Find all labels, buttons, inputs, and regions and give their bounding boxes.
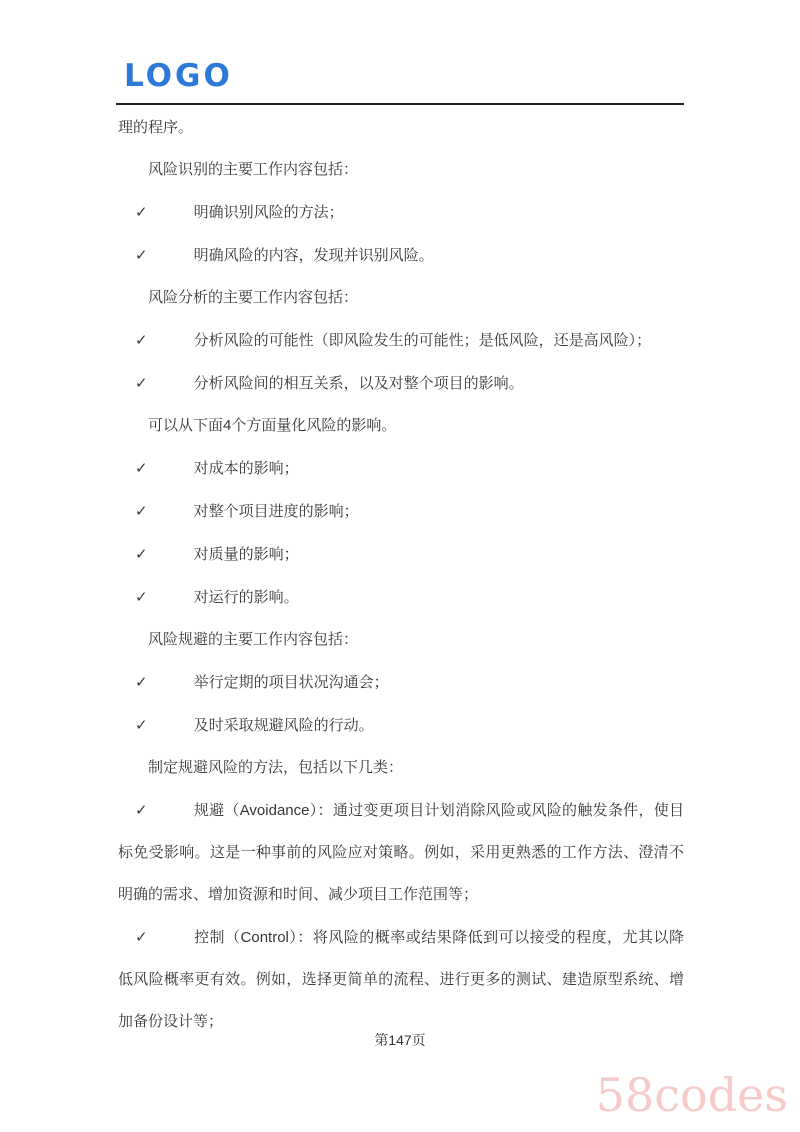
checkmark-icon: ✓	[118, 588, 194, 606]
bullet-item: ✓控制（Control）：将风险的概率或结果降低到可以接受的程度，尤其以降低风险…	[118, 916, 684, 1043]
document-page: LOGO 理的程序。风险识别的主要工作内容包括：✓明确识别风险的方法；✓明确风险…	[0, 0, 800, 1132]
bullet-item: ✓规避（Avoidance）：通过变更项目计划消除风险或风险的触发条件，使目标免…	[118, 789, 684, 916]
paragraph: 风险规避的主要工作内容包括：	[118, 619, 684, 661]
bullet-text: 分析风险的可能性（即风险发生的可能性；是低风险，还是高风险）；	[194, 332, 652, 349]
bullet-item: ✓明确识别风险的方法；	[118, 191, 684, 234]
checkmark-icon: ✓	[118, 246, 194, 264]
paragraph: 理的程序。	[118, 107, 684, 149]
checkmark-icon: ✓	[118, 331, 194, 349]
bullet-item: ✓明确风险的内容，发现并识别风险。	[118, 234, 684, 277]
bullet-text: 控制（Control）：将风险的概率或结果降低到可以接受的程度，尤其以降低风险概…	[118, 929, 684, 1030]
header-divider	[116, 103, 684, 105]
checkmark-icon: ✓	[118, 459, 194, 477]
bullet-text: 对运行的影响。	[194, 589, 299, 606]
paragraph: 风险识别的主要工作内容包括：	[118, 149, 684, 191]
logo-text: LOGO	[124, 58, 233, 94]
checkmark-icon: ✓	[118, 801, 194, 819]
paragraph: 制定规避风险的方法，包括以下几类：	[118, 747, 684, 789]
checkmark-icon: ✓	[118, 716, 194, 734]
bullet-item: ✓对成本的影响；	[118, 447, 684, 490]
checkmark-icon: ✓	[118, 203, 194, 221]
bullet-text: 及时采取规避风险的行动。	[194, 717, 374, 734]
bullet-item: ✓举行定期的项目状况沟通会；	[118, 661, 684, 704]
checkmark-icon: ✓	[118, 673, 194, 691]
checkmark-icon: ✓	[118, 928, 194, 946]
bullet-item: ✓对质量的影响；	[118, 533, 684, 576]
bullet-text: 明确识别风险的方法；	[194, 204, 344, 221]
watermark: 58codes	[596, 1070, 788, 1120]
page-number: 第147页	[0, 1030, 800, 1050]
bullet-item: ✓对整个项目进度的影响；	[118, 490, 684, 533]
document-body: 理的程序。风险识别的主要工作内容包括：✓明确识别风险的方法；✓明确风险的内容，发…	[118, 107, 684, 1043]
bullet-text: 分析风险间的相互关系，以及对整个项目的影响。	[194, 375, 524, 392]
paragraph: 可以从下面4个方面量化风险的影响。	[118, 405, 684, 447]
bullet-text: 明确风险的内容，发现并识别风险。	[194, 247, 434, 264]
bullet-text: 举行定期的项目状况沟通会；	[194, 674, 389, 691]
bullet-text: 对质量的影响；	[194, 546, 299, 563]
bullet-item: ✓分析风险间的相互关系，以及对整个项目的影响。	[118, 362, 684, 405]
checkmark-icon: ✓	[118, 545, 194, 563]
bullet-text: 规避（Avoidance）：通过变更项目计划消除风险或风险的触发条件，使目标免受…	[118, 802, 684, 903]
bullet-item: ✓分析风险的可能性（即风险发生的可能性；是低风险，还是高风险）；	[118, 319, 684, 362]
checkmark-icon: ✓	[118, 374, 194, 392]
bullet-text: 对整个项目进度的影响；	[194, 503, 359, 520]
bullet-item: ✓及时采取规避风险的行动。	[118, 704, 684, 747]
paragraph: 风险分析的主要工作内容包括：	[118, 277, 684, 319]
checkmark-icon: ✓	[118, 502, 194, 520]
bullet-text: 对成本的影响；	[194, 460, 299, 477]
bullet-item: ✓对运行的影响。	[118, 576, 684, 619]
